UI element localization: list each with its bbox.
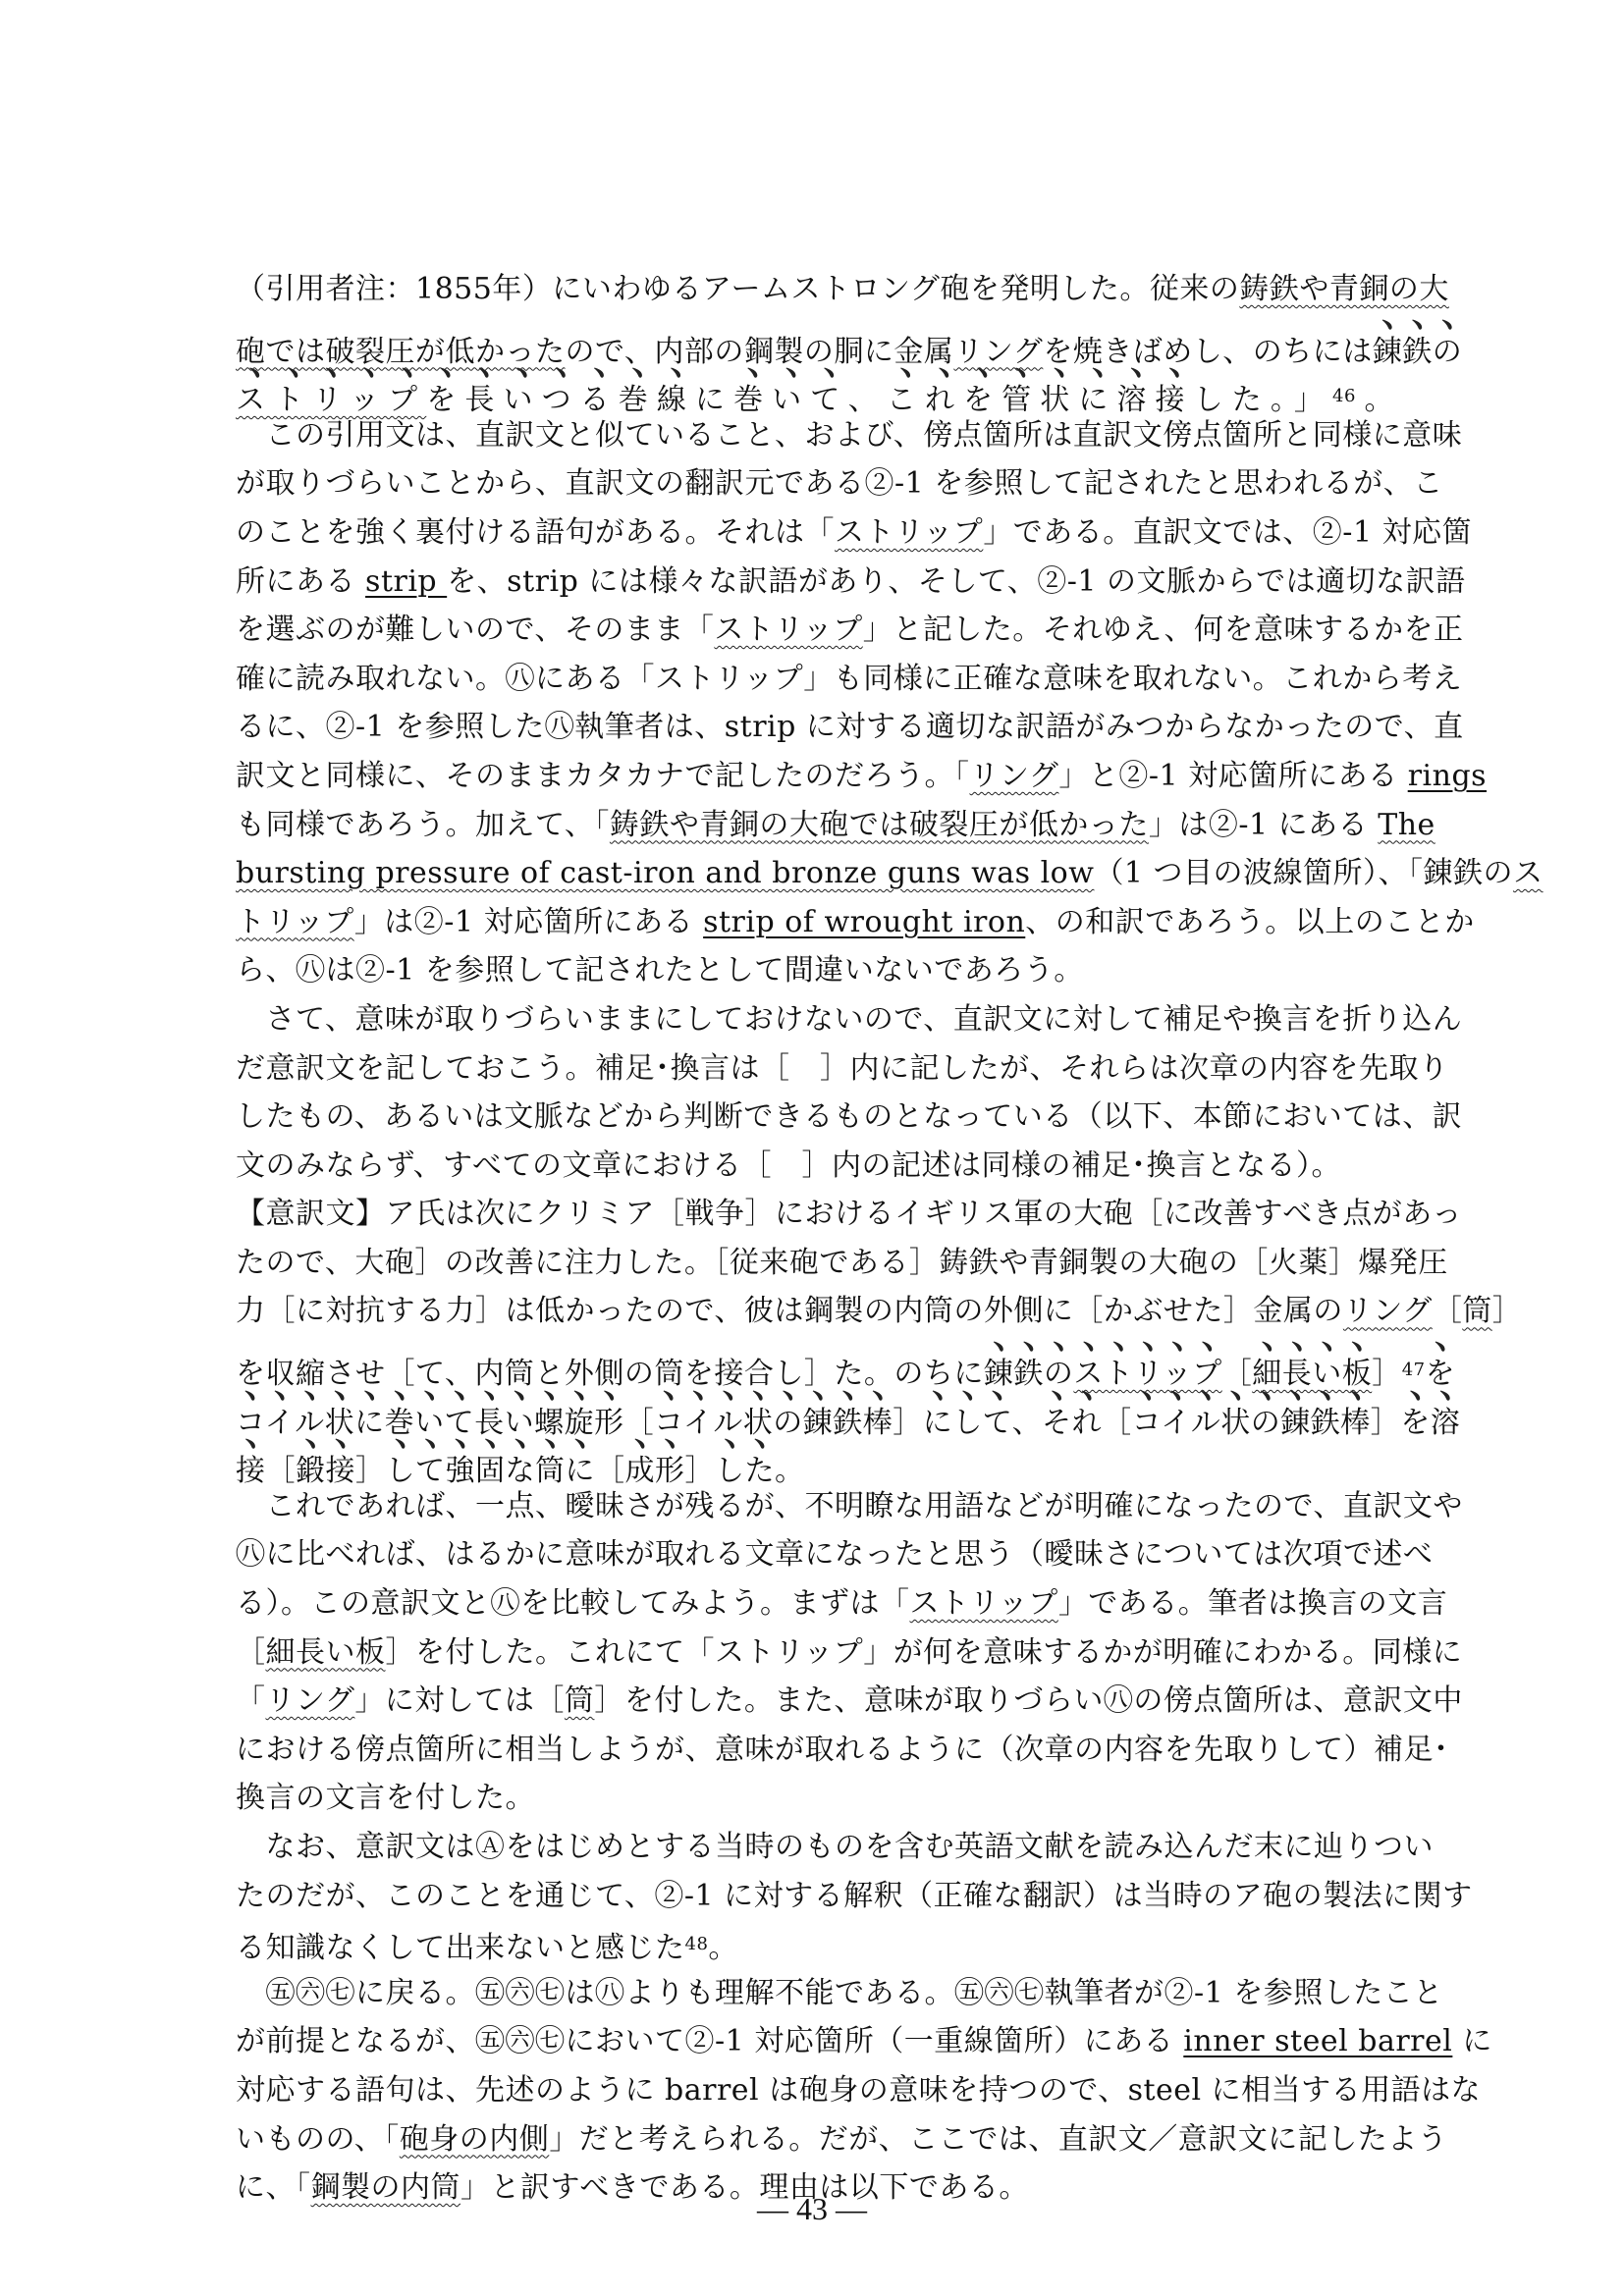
text-run: なお、意訳文はⒶをはじめとする当時のものを含む英語文献を読み込んだ末に辿りつい (236, 1830, 1434, 1864)
text-run: （1 つ目の波線箇所）、「錬鉄の (1094, 856, 1513, 890)
text-run: ］を付した。これにて「ストリップ」が何を意味するかが明確にわかる。同様に (386, 1635, 1463, 1670)
text-run: この引用文は、直訳文と似ていること、および、傍点箇所は直訳文傍点箇所と同様に意味 (236, 418, 1462, 453)
text-run: 【意訳文】ア氏は次にクリミア［戦争］におけるイギリス軍の大砲［に改善すべき点があ… (236, 1197, 1462, 1231)
text-line: 接［鍛接］して強固な筒に［成形］した。 (236, 1433, 1394, 1482)
text-run: ㊄㊅㊆に戻る。㊄㊅㊆は㊇よりも理解不能である。㊄㊅㊆執筆者が②-1 を参照したこ… (236, 1976, 1443, 2010)
footnote-ref: 48 (685, 1934, 709, 1954)
text-run: ］を付した。また、意味が取りづらい㊇の傍点箇所は、意訳文中 (594, 1683, 1463, 1718)
text-run: も同様であろう。加えて、「 (236, 808, 610, 842)
text-run: る知識なくして出来ないと感じた (236, 1931, 685, 1965)
text-run: トリップ (236, 905, 354, 939)
text-run: 細長い板 (266, 1635, 386, 1670)
text-run: 「 (236, 1683, 266, 1718)
text-run: したもの、あるいは文脈などから判断できるものとなっている（以下、本節においては、… (236, 1099, 1462, 1134)
text-line: も同様であろう。加えて、「鋳鉄や青銅の大砲では破裂圧が低かった」は②-1 にある… (236, 801, 1394, 850)
text-run: ら、㊇は②-1 を参照して記されたとして間違いないであろう。 (236, 953, 1084, 988)
text-line: 砲では破裂圧が低かったので、内部の鋼製の胴に金属リングを焼きばめし、のちには錬鉄… (236, 314, 1394, 363)
text-line: 文のみならず、すべての文章における［ ］内の記述は同様の補足･換言となる）。 (236, 1142, 1394, 1191)
text-line: 換言の文言を付した。 (236, 1774, 1394, 1823)
text-line: たのだが、このことを通じて、②-1 に対する解釈（正確な翻訳）は当時のア砲の製法… (236, 1872, 1394, 1921)
text-run: ［ (236, 1635, 266, 1670)
text-line: ㊄㊅㊆に戻る。㊄㊅㊆は㊇よりも理解不能である。㊄㊅㊆執筆者が②-1 を参照したこ… (236, 1969, 1394, 2018)
text-line: たので、大砲］の改善に注力した。［従来砲である］鋳鉄や青銅製の大砲の［火薬］爆発… (236, 1239, 1394, 1288)
text-run: さて、意味が取りづらいままにしておけないので、直訳文に対して補足や換言を折り込ん (236, 1002, 1462, 1037)
text-run: 」は②-1 にある (1149, 808, 1378, 842)
text-run: bursting pressure of cast-iron and bronz… (236, 856, 1094, 890)
text-run: ］ (1492, 1294, 1523, 1328)
text-line: を選ぶのが難しいので、そのまま「ストリップ」と記した。それゆえ、何を意味するかを… (236, 606, 1394, 655)
text-line: 【意訳文】ア氏は次にクリミア［戦争］におけるイギリス軍の大砲［に改善すべき点があ… (236, 1190, 1394, 1239)
text-line: 力［に対抗する力］は低かったので、彼は鋼製の内筒の外側に［かぶせた］金属のリング… (236, 1287, 1394, 1336)
text-run: 確に読み取れない。㊇にある「ストリップ」も同様に正確な意味を取れない。これから考… (236, 662, 1462, 696)
text-run: 所にある (236, 564, 365, 599)
text-line: 訳文と同様に、そのままカタカナで記したのだろう。「リング」と②-1 対応箇所にあ… (236, 752, 1394, 801)
text-run: リング (1343, 1294, 1433, 1328)
text-line: ［細長い板］を付した。これにて「ストリップ」が何を意味するかが明確にわかる。同様… (236, 1629, 1394, 1678)
text-line: bursting pressure of cast-iron and bronz… (236, 849, 1394, 898)
text-line: 所にある strip を、strip には様々な訳語があり、そして、②-1 の文… (236, 558, 1394, 607)
text-run: 」である。直訳文では、②-1 対応箇 (983, 515, 1472, 550)
text-line: コイル状に巻いて長い螺旋形［コイル状の錬鉄棒］にして、それ［コイル状の錬鉄棒］を… (236, 1385, 1394, 1434)
text-run: ストリップ (910, 1586, 1058, 1621)
text-line: （引用者注：1855年）にいわゆるアームストロング砲を発明した。従来の鋳鉄や青銅… (236, 265, 1394, 314)
text-run: 」は②-1 対応箇所にある (354, 905, 703, 939)
text-run: が前提となるが、㊄㊅㊆において②-1 対応箇所（一重線箇所）にある (236, 2024, 1183, 2058)
text-line: が取りづらいことから、直訳文の翻訳元である②-1 を参照して記されたと思われるが… (236, 459, 1394, 508)
text-line: さて、意味が取りづらいままにしておけないので、直訳文に対して補足や換言を折り込ん (236, 995, 1394, 1044)
text-run: 鋳鉄や青銅の大砲では破裂圧が低かった (610, 808, 1149, 842)
footnote-ref: 47 (1402, 1360, 1426, 1380)
text-run: rings (1408, 759, 1487, 793)
text-run: 、の和訳であろう。以上のことか (1025, 905, 1475, 939)
text-run: 。 (708, 1931, 738, 1965)
text-run: を選ぶのが難しいので、そのまま「 (236, 613, 714, 647)
text-run: 文のみならず、すべての文章における［ ］内の記述は同様の補足･換言となる）。 (236, 1148, 1341, 1183)
text-line: ら、㊇は②-1 を参照して記されたとして間違いないであろう。 (236, 946, 1394, 995)
text-run: 対応する語句は、先述のように barrel は砲身の意味を持つので、steel … (236, 2073, 1481, 2108)
text-run: 」と②-1 対応箇所にある (1058, 759, 1407, 793)
text-run: 」だと考えられる。だが、ここでは、直訳文／意訳文に記したよう (549, 2122, 1447, 2157)
text-line: る）。この意訳文と㊇を比較してみよう。まずは「ストリップ」である。筆者は換言の文… (236, 1579, 1394, 1629)
text-run: 」に対しては［ (354, 1683, 565, 1718)
text-run: inner steel barrel (1183, 2024, 1452, 2058)
document-body: （引用者注：1855年）にいわゆるアームストロング砲を発明した。従来の鋳鉄や青銅… (236, 265, 1394, 2213)
text-line: のことを強く裏付ける語句がある。それは「ストリップ」である。直訳文では、②-1 … (236, 508, 1394, 558)
text-run: これであれば、一点、曖昧さが残るが、不明瞭な用語などが明確になったので、直訳文や (236, 1489, 1463, 1523)
text-run: における傍点箇所に相当しようが、意味が取れるように（次章の内容を先取りして）補足… (236, 1733, 1449, 1767)
text-run: を、strip には様々な訳語があり、そして、②-1 の文脈からでは適切な訳語 (447, 564, 1466, 599)
text-run: のことを強く裏付ける語句がある。それは「 (236, 515, 835, 550)
text-line: トリップ」は②-1 対応箇所にある strip of wrought iron、… (236, 898, 1394, 947)
text-line: を収縮させ［て、内筒と外側の筒を接合し］た。のちに錬鉄のストリップ［細長い板］4… (236, 1336, 1394, 1385)
text-run: 鋳鉄や青銅の大 (1239, 272, 1449, 306)
text-line: が前提となるが、㊄㊅㊆において②-1 対応箇所（一重線箇所）にある inner … (236, 2017, 1394, 2066)
text-run: に (1452, 2024, 1492, 2058)
text-run: strip of wrought iron (703, 905, 1025, 939)
text-run: たのだが、このことを通じて、②-1 に対する解釈（正確な翻訳）は当時のア砲の製法… (236, 1879, 1473, 1913)
text-run: （引用者注：1855年）にいわゆるアームストロング砲を発明した。従来の (236, 272, 1239, 306)
text-run: 」と記した。それゆえ、何を意味するかを正 (863, 613, 1464, 647)
text-run: ストリップ (835, 515, 983, 550)
text-run: リング (266, 1683, 355, 1718)
text-line: るに、②-1 を参照した㊇執筆者は、strip に対する適切な訳語がみつからなか… (236, 703, 1394, 752)
text-run: を (1426, 1357, 1456, 1391)
text-run: strip (365, 564, 447, 599)
text-run: たので、大砲］の改善に注力した。［従来砲である］鋳鉄や青銅製の大砲の［火薬］爆発… (236, 1246, 1448, 1280)
text-run: ［ (1433, 1294, 1463, 1328)
text-line: ㊇に比べれば、はるかに意味が取れる文章になったと思う（曖昧さについては次項で述べ (236, 1530, 1394, 1579)
text-line: る知識なくして出来ないと感じた48。 (236, 1920, 1394, 1969)
text-line: いものの、「砲身の内側」だと考えられる。だが、ここでは、直訳文／意訳文に記したよ… (236, 2115, 1394, 2164)
text-line: この引用文は、直訳文と似ていること、および、傍点箇所は直訳文傍点箇所と同様に意味 (236, 411, 1394, 460)
text-run: 筒 (565, 1683, 595, 1718)
text-run: るに、②-1 を参照した㊇執筆者は、strip に対する適切な訳語がみつからなか… (236, 710, 1464, 744)
text-run: ストリップ (714, 613, 862, 647)
text-line: だ意訳文を記しておこう。補足･換言は［ ］内に記したが、それらは次章の内容を先取… (236, 1044, 1394, 1094)
text-line: 対応する語句は、先述のように barrel は砲身の意味を持つので、steel … (236, 2066, 1394, 2115)
text-run: リング (970, 759, 1059, 793)
text-line: ストリップを長いつる巻線に巻いて、これを管状に溶接した。」46。 (236, 362, 1394, 411)
text-run: 砲身の内側 (400, 2122, 550, 2157)
text-run: ㊇に比べれば、はるかに意味が取れる文章になったと思う（曖昧さについては次項で述べ (236, 1537, 1433, 1572)
text-run: る）。この意訳文と㊇を比較してみよう。まずは「 (236, 1586, 910, 1621)
text-run: ス (1513, 856, 1543, 890)
text-line: 確に読み取れない。㊇にある「ストリップ」も同様に正確な意味を取れない。これから考… (236, 655, 1394, 704)
text-run: The (1378, 808, 1435, 842)
text-line: したもの、あるいは文脈などから判断できるものとなっている（以下、本節においては、… (236, 1093, 1394, 1142)
text-run: 訳文と同様に、そのままカタカナで記したのだろう。「 (236, 759, 970, 793)
text-run: だ意訳文を記しておこう。補足･換言は［ ］内に記したが、それらは次章の内容を先取… (236, 1051, 1449, 1086)
text-run: いものの、「 (236, 2122, 400, 2157)
text-run: 」である。筆者は換言の文言 (1058, 1586, 1448, 1621)
text-run: 筒 (1462, 1294, 1492, 1328)
text-line: なお、意訳文はⒶをはじめとする当時のものを含む英語文献を読み込んだ末に辿りつい (236, 1823, 1394, 1872)
text-run: 力［に対抗する力］は低かったので、彼は鋼製の内筒の外側に［かぶせた］金属の (236, 1294, 1343, 1328)
text-run: が取りづらいことから、直訳文の翻訳元である②-1 を参照して記されたと思われるが… (236, 466, 1443, 501)
text-line: これであれば、一点、曖昧さが残るが、不明瞭な用語などが明確になったので、直訳文や (236, 1482, 1394, 1531)
text-line: における傍点箇所に相当しようが、意味が取れるように（次章の内容を先取りして）補足… (236, 1726, 1394, 1775)
page-number: — 43 — (0, 2191, 1624, 2227)
footnote-ref: 46 (1332, 386, 1356, 406)
text-line: 「リング」に対しては［筒］を付した。また、意味が取りづらい㊇の傍点箇所は、意訳文… (236, 1677, 1394, 1726)
text-run: 換言の文言を付した。 (236, 1781, 535, 1815)
